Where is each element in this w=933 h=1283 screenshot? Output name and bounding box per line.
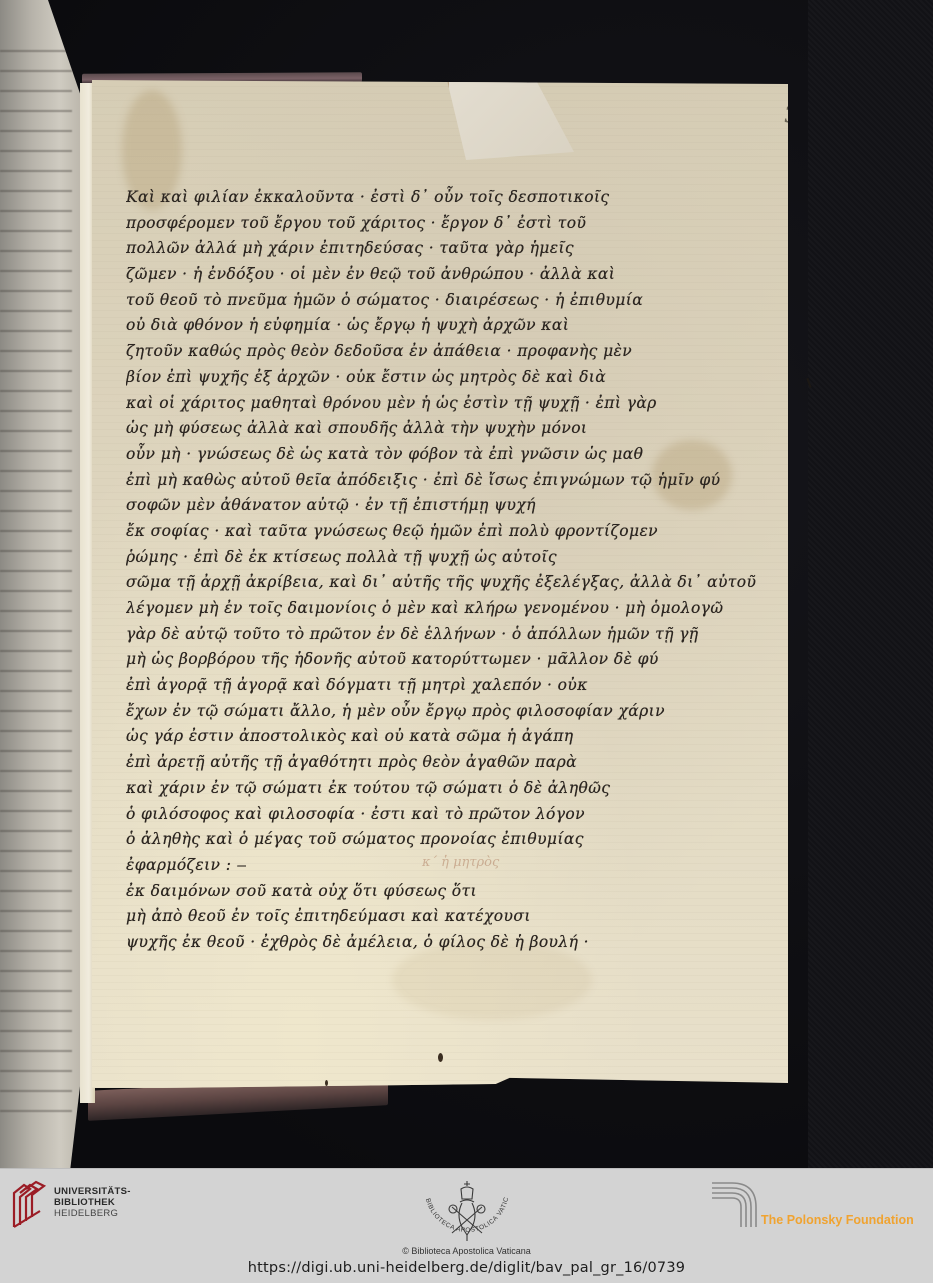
manuscript-line: ἐπὶ μὴ καθὼς αὐτοῦ θεῖα ἀπόδειξις · ἐπὶ … xyxy=(126,468,786,494)
footer-bar: UNIVERSITÄTS- BIBLIOTHEK HEIDELBERG BIBL… xyxy=(0,1168,933,1283)
permalink-url[interactable]: https://digi.ub.uni-heidelberg.de/diglit… xyxy=(0,1260,933,1276)
manuscript-line: ὁ φιλόσοφος καὶ φιλοσοφία · ἐστι καὶ τὸ … xyxy=(126,802,786,828)
facing-page-text-lines xyxy=(0,40,72,1120)
ink-spot xyxy=(325,1080,328,1086)
manuscript-line: ζητοῦν καθώς πρὸς θεὸν δεδοῦσα ἐν ἀπάθει… xyxy=(126,339,786,365)
ub-line-1: UNIVERSITÄTS- xyxy=(54,1186,131,1197)
manuscript-line: προσφέρομεν τοῦ ἔργου τοῦ χάριτος · ἔργο… xyxy=(126,211,786,237)
manuscript-line: καὶ οἱ χάριτος μαθηταὶ θρόνου μὲν ἡ ὡς ἐ… xyxy=(126,391,786,417)
manuscript-line: ἐπὶ ἀρετῇ αὐτῆς τῇ ἀγαθότητι πρὸς θεὸν ἀ… xyxy=(126,750,786,776)
manuscript-line: ἐπὶ ἀγορᾷ τῇ ἀγορᾷ καὶ δόγματι τῇ μητρὶ … xyxy=(126,673,786,699)
ub-line-2: BIBLIOTHEK xyxy=(54,1197,131,1208)
manuscript-line: ζῶμεν · ἡ ἐνδόξου · οἱ μὲν ἐν θεῷ τοῦ ἀν… xyxy=(126,262,786,288)
manuscript-line: μὴ ὡς βορβόρου τῆς ἡδονῆς αὐτοῦ κατορύττ… xyxy=(126,647,786,673)
ink-spot xyxy=(438,1053,443,1062)
polonsky-wordmark: The Polonsky Foundation xyxy=(761,1213,914,1227)
manuscript-line: ἔχων ἐν τῷ σώματι ἄλλο, ἡ μὲν οὖν ἔργῳ π… xyxy=(126,699,786,725)
ub-line-3: HEIDELBERG xyxy=(54,1208,131,1219)
manuscript-line: ὁ ἀληθὴς καὶ ὁ μέγας τοῦ σώματος προνοία… xyxy=(126,827,786,853)
manuscript-line: ἐκ δαιμόνων σοῦ κατὰ οὐχ ὅτι φύσεως ὅτι xyxy=(126,879,786,905)
manuscript-line: ψυχῆς ἐκ θεοῦ · ἐχθρὸς δὲ ἀμέλεια, ὁ φίλ… xyxy=(126,930,646,956)
ub-heidelberg-wordmark: UNIVERSITÄTS- BIBLIOTHEK HEIDELBERG xyxy=(54,1186,131,1219)
manuscript-line: βίον ἐπὶ ψυχῆς ἐξ ἀρχῶν · οὐκ ἔστιν ὡς μ… xyxy=(126,365,786,391)
manuscript-line: λέγομεν μὴ ἐν τοῖς δαιμονίοις ὁ μὲν καὶ … xyxy=(126,596,786,622)
polonsky-foundation-logo[interactable]: The Polonsky Foundation xyxy=(710,1179,930,1231)
manuscript-line: ὡς μὴ φύσεως ἀλλὰ καὶ σπουδῆς ἀλλὰ τὴν ψ… xyxy=(126,416,786,442)
manuscript-line: οὖν μὴ · γνώσεως δὲ ὡς κατὰ τὸν φόβον τὰ… xyxy=(126,442,786,468)
vatican-library-logo[interactable]: BIBLIOTECA APOSTOLICA VATICANA xyxy=(412,1177,522,1257)
manuscript-page: 365 Καὶ καὶ φιλίαν ἐκκαλοῦντα · ἐστὶ δ᾽ … xyxy=(92,80,788,1088)
backdrop-cloth xyxy=(808,0,933,1168)
manuscript-line: οὐ διὰ φθόνον ἡ εὐφημία · ὡς ἔργῳ ἡ ψυχὴ… xyxy=(126,313,786,339)
manuscript-line: μὴ ἀπὸ θεοῦ ἐν τοῖς ἐπιτηδεύμασι καὶ κατ… xyxy=(126,904,786,930)
manuscript-line: σῶμα τῇ ἀρχῇ ἀκρίβεια, καὶ δι᾽ αὐτῆς τῆς… xyxy=(126,570,786,596)
manuscript-line: ὡς γάρ ἐστιν ἀποστολικὸς καὶ οὐ κατὰ σῶμ… xyxy=(126,724,786,750)
polonsky-arcs-icon xyxy=(710,1179,758,1229)
ub-heidelberg-logo[interactable]: UNIVERSITÄTS- BIBLIOTHEK HEIDELBERG xyxy=(10,1179,190,1231)
manuscript-scan: 365 Καὶ καὶ φιλίαν ἐκκαλοῦντα · ἐστὶ δ᾽ … xyxy=(0,0,933,1168)
manuscript-text-block: Καὶ καὶ φιλίαν ἐκκαλοῦντα · ἐστὶ δ᾽ οὖν … xyxy=(126,185,786,956)
ub-heidelberg-logo-icon xyxy=(10,1179,48,1229)
manuscript-line: ἐφαρμόζειν : — xyxy=(126,853,246,879)
facing-page-left xyxy=(0,0,80,1168)
manuscript-line: γὰρ δὲ αὐτῷ τοῦτο τὸ πρῶτον ἐν δὲ ἑλλήνω… xyxy=(126,622,786,648)
manuscript-line: τοῦ θεοῦ τὸ πνεῦμα ἡμῶν ὁ σώματος · διαι… xyxy=(126,288,786,314)
manuscript-line: Καὶ καὶ φιλίαν ἐκκαλοῦντα · ἐστὶ δ᾽ οὖν … xyxy=(126,185,786,211)
manuscript-line: ῥώμης · ἐπὶ δὲ ἐκ κτίσεως πολλὰ τῇ ψυχῇ … xyxy=(126,545,786,571)
manuscript-line: σοφῶν μὲν ἀθάνατον αὐτῷ · ἐν τῇ ἐπιστήμῃ… xyxy=(126,493,786,519)
copyright-credit: © Biblioteca Apostolica Vaticana xyxy=(0,1246,933,1256)
manuscript-line: ἔκ σοφίας · καὶ ταῦτα γνώσεως θεῷ ἡμῶν ἐ… xyxy=(126,519,786,545)
vatican-coat-of-arms-icon: BIBLIOTECA APOSTOLICA VATICANA xyxy=(412,1177,522,1257)
manuscript-line: καὶ χάριν ἐν τῷ σώματι ἐκ τούτου τῷ σώμα… xyxy=(126,776,786,802)
parchment-repair-patch xyxy=(447,80,574,160)
manuscript-line: πολλῶν ἀλλά μὴ χάριν ἐπιτηδεύσας · ταῦτα… xyxy=(126,236,786,262)
faint-rubric: κ΄ ἡ μητρὸς xyxy=(422,855,499,870)
